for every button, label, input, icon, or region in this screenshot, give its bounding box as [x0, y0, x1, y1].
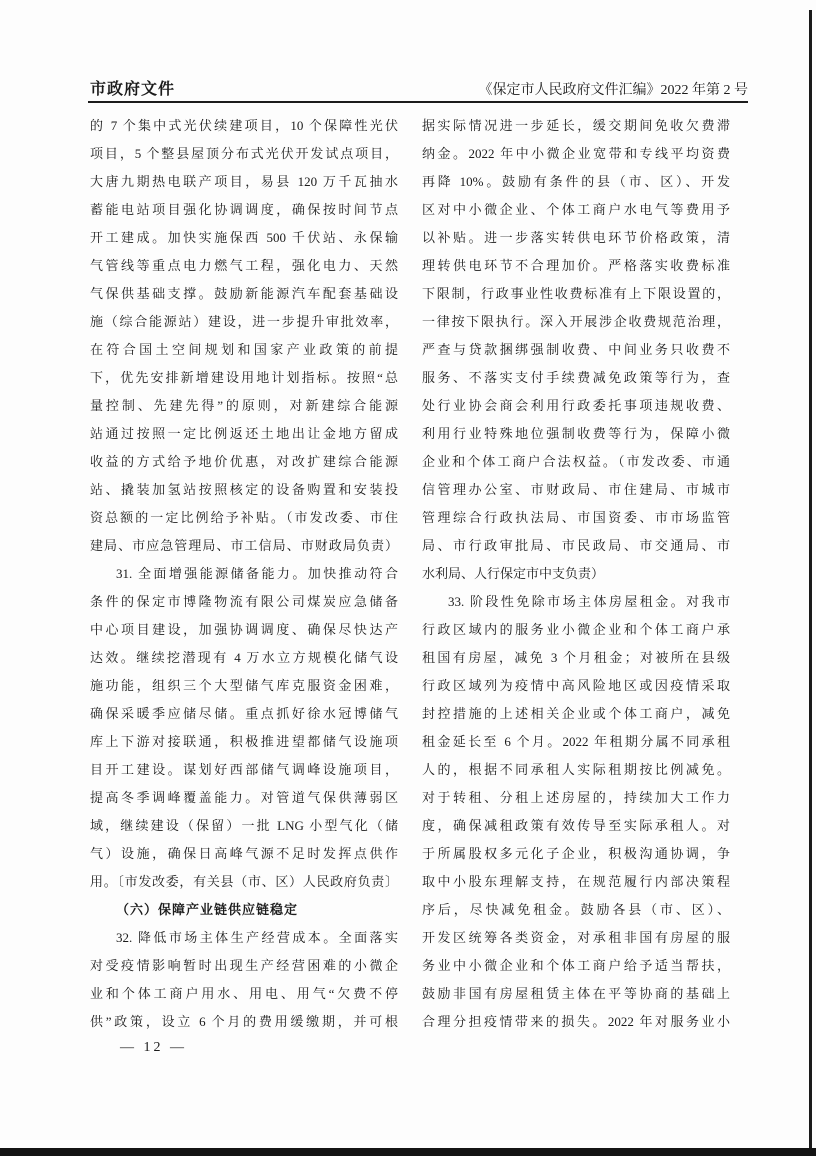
- text-line: 再降 10%。鼓励有条件的县（市、区）、开发: [422, 168, 730, 196]
- text-line: 项目，5 个整县屋顶分布式光伏开发试点项目，: [90, 140, 398, 168]
- text-line: 开工建成。加快实施保西 500 千伏站、永保输: [90, 224, 398, 252]
- text-line: 33. 阶段性免除市场主体房屋租金。对我市: [422, 588, 730, 616]
- text-line: 理转供电环节不合理加价。严格落实收费标准: [422, 252, 730, 280]
- header-publication-info: 《保定市人民政府文件汇编》2022 年第 2 号: [479, 79, 749, 99]
- text-line: 气保供基础支撑。鼓励新能源汽车配套基础设: [90, 280, 398, 308]
- text-line: 租国有房屋，减免 3 个月租金；对被所在县级: [422, 644, 730, 672]
- text-line: 以补贴。进一步落实转供电环节价格政策，清: [422, 224, 730, 252]
- text-line: 企业和个体工商户合法权益。（市发改委、市通: [422, 448, 730, 476]
- text-line: 下限制，行政事业性收费标准有上下限设置的，: [422, 280, 730, 308]
- text-line: 蓄能电站项目强化协调调度，确保按时间节点: [90, 196, 398, 224]
- text-line: 取中小股东理解支持，在规范履行内部决策程: [422, 868, 730, 896]
- text-line: 据实际情况进一步延长，缓交期间免收欠费滞: [422, 112, 730, 140]
- text-line: 处行业协会商会利用行政委托事项违规收费、: [422, 392, 730, 420]
- text-line: 开发区统筹各类资金，对承租非国有房屋的服: [422, 924, 730, 952]
- text-line: 施功能，组织三个大型储气库克服资金困难，: [90, 672, 398, 700]
- text-line: 务业中小微企业和个体工商户给予适当帮扶，: [422, 952, 730, 980]
- scan-edge-bottom: [0, 1148, 816, 1156]
- text-line: 于所属股权多元化子企业，积极沟通协调，争: [422, 840, 730, 868]
- text-line: 资总额的一定比例给予补贴。（市发改委、市住: [90, 504, 398, 532]
- page-number: — 12 —: [120, 1040, 187, 1056]
- text-line: 信管理办公室、市财政局、市住建局、市城市: [422, 476, 730, 504]
- scan-edge-right: [809, 10, 812, 1150]
- text-line: 下，优先安排新增建设用地计划指标。按照“总: [90, 364, 398, 392]
- section-heading: （六）保障产业链供应链稳定: [90, 896, 398, 924]
- text-line: 利用行业特殊地位强制收费等行为，保障小微: [422, 420, 730, 448]
- text-line: 中心项目建设，加强协调调度、确保尽快达产: [90, 616, 398, 644]
- text-line: 服务、不落实支付手续费减免政策等行为，查: [422, 364, 730, 392]
- text-line: 建局、市应急管理局、市工信局、市财政局负责）: [90, 532, 398, 560]
- text-line: 施（综合能源站）建设，进一步提升审批效率，: [90, 308, 398, 336]
- text-line: 量控制、先建先得”的原则，对新建综合能源: [90, 392, 398, 420]
- text-line: 行政区域内的服务业小微企业和个体工商户承: [422, 616, 730, 644]
- text-columns: 的 7 个集中式光伏续建项目，10 个保障性光伏项目，5 个整县屋顶分布式光伏开…: [90, 112, 730, 1036]
- text-line: 31. 全面增强能源储备能力。加快推动符合: [90, 560, 398, 588]
- text-line: 管理综合行政执法局、市国资委、市市场监管: [422, 504, 730, 532]
- text-line: 在符合国土空间规划和国家产业政策的前提: [90, 336, 398, 364]
- text-line: 对于转租、分租上述房屋的，持续加大工作力: [422, 784, 730, 812]
- text-line: 大唐九期热电联产项目，易县 120 万千瓦抽水: [90, 168, 398, 196]
- header-divider: [88, 101, 748, 103]
- text-line: 合理分担疫情带来的损失。2022 年对服务业小: [422, 1008, 730, 1036]
- text-line: 租金延长至 6 个月。2022 年租期分属不同承租: [422, 728, 730, 756]
- text-line: 严查与贷款捆绑强制收费、中间业务只收费不: [422, 336, 730, 364]
- text-line: 提高冬季调峰覆盖能力。对管道气保供薄弱区: [90, 784, 398, 812]
- text-line: 气管线等重点电力燃气工程，强化电力、天然: [90, 252, 398, 280]
- text-line: 用。〔市发改委，有关县（市、区）人民政府负责〕: [90, 868, 398, 896]
- text-line: 区对中小微企业、个体工商户水电气等费用予: [422, 196, 730, 224]
- text-line: 鼓励非国有房屋租赁主体在平等协商的基础上: [422, 980, 730, 1008]
- text-line: 人的，根据不同承租人实际租期按比例减免。: [422, 756, 730, 784]
- text-line: 库上下游对接联通，积极推进望都储气设施项: [90, 728, 398, 756]
- document-page: 市政府文件 《保定市人民政府文件汇编》2022 年第 2 号 的 7 个集中式光…: [0, 0, 816, 1156]
- text-line: 域，继续建设（保留）一批 LNG 小型气化（储: [90, 812, 398, 840]
- text-line: 一律按下限执行。深入开展涉企收费规范治理，: [422, 308, 730, 336]
- text-line: 站通过按照一定比例返还土地出让金地方留成: [90, 420, 398, 448]
- text-line: 站、撬装加氢站按照核定的设备购置和安装投: [90, 476, 398, 504]
- text-line: 纳金。2022 年中小微企业宽带和专线平均资费: [422, 140, 730, 168]
- text-line: 条件的保定市博隆物流有限公司煤炭应急储备: [90, 588, 398, 616]
- text-line: 32. 降低市场主体生产经营成本。全面落实: [90, 924, 398, 952]
- text-line: 封控措施的上述相关企业或个体工商户，减免: [422, 700, 730, 728]
- text-line: 收益的方式给予地价优惠，对改扩建综合能源: [90, 448, 398, 476]
- text-line: 对受疫情影响暂时出现生产经营困难的小微企: [90, 952, 398, 980]
- text-line: 达效。继续挖潜现有 4 万水立方规模化储气设: [90, 644, 398, 672]
- text-line: 的 7 个集中式光伏续建项目，10 个保障性光伏: [90, 112, 398, 140]
- text-line: 水利局、人行保定市中支负责）: [422, 560, 730, 588]
- left-column: 的 7 个集中式光伏续建项目，10 个保障性光伏项目，5 个整县屋顶分布式光伏开…: [90, 112, 398, 1036]
- text-line: 局、市行政审批局、市民政局、市交通局、市: [422, 532, 730, 560]
- text-line: 确保采暖季应储尽储。重点抓好徐水冠博储气: [90, 700, 398, 728]
- text-line: 目开工建设。谋划好西部储气调峰设施项目，: [90, 756, 398, 784]
- text-line: 度，确保减租政策有效传导至实际承租人。对: [422, 812, 730, 840]
- right-column: 据实际情况进一步延长，缓交期间免收欠费滞纳金。2022 年中小微企业宽带和专线平…: [422, 112, 730, 1036]
- page-header: 市政府文件 《保定市人民政府文件汇编》2022 年第 2 号: [90, 76, 748, 99]
- text-line: 行政区域列为疫情中高风险地区或因疫情采取: [422, 672, 730, 700]
- text-line: 供”政策，设立 6 个月的费用缓缴期，并可根: [90, 1008, 398, 1036]
- header-doc-category: 市政府文件: [90, 76, 175, 99]
- text-line: 序后，尽快减免租金。鼓励各县（市、区）、: [422, 896, 730, 924]
- text-line: 业和个体工商户用水、用电、用气“欠费不停: [90, 980, 398, 1008]
- text-line: 气）设施，确保日高峰气源不足时发挥点供作: [90, 840, 398, 868]
